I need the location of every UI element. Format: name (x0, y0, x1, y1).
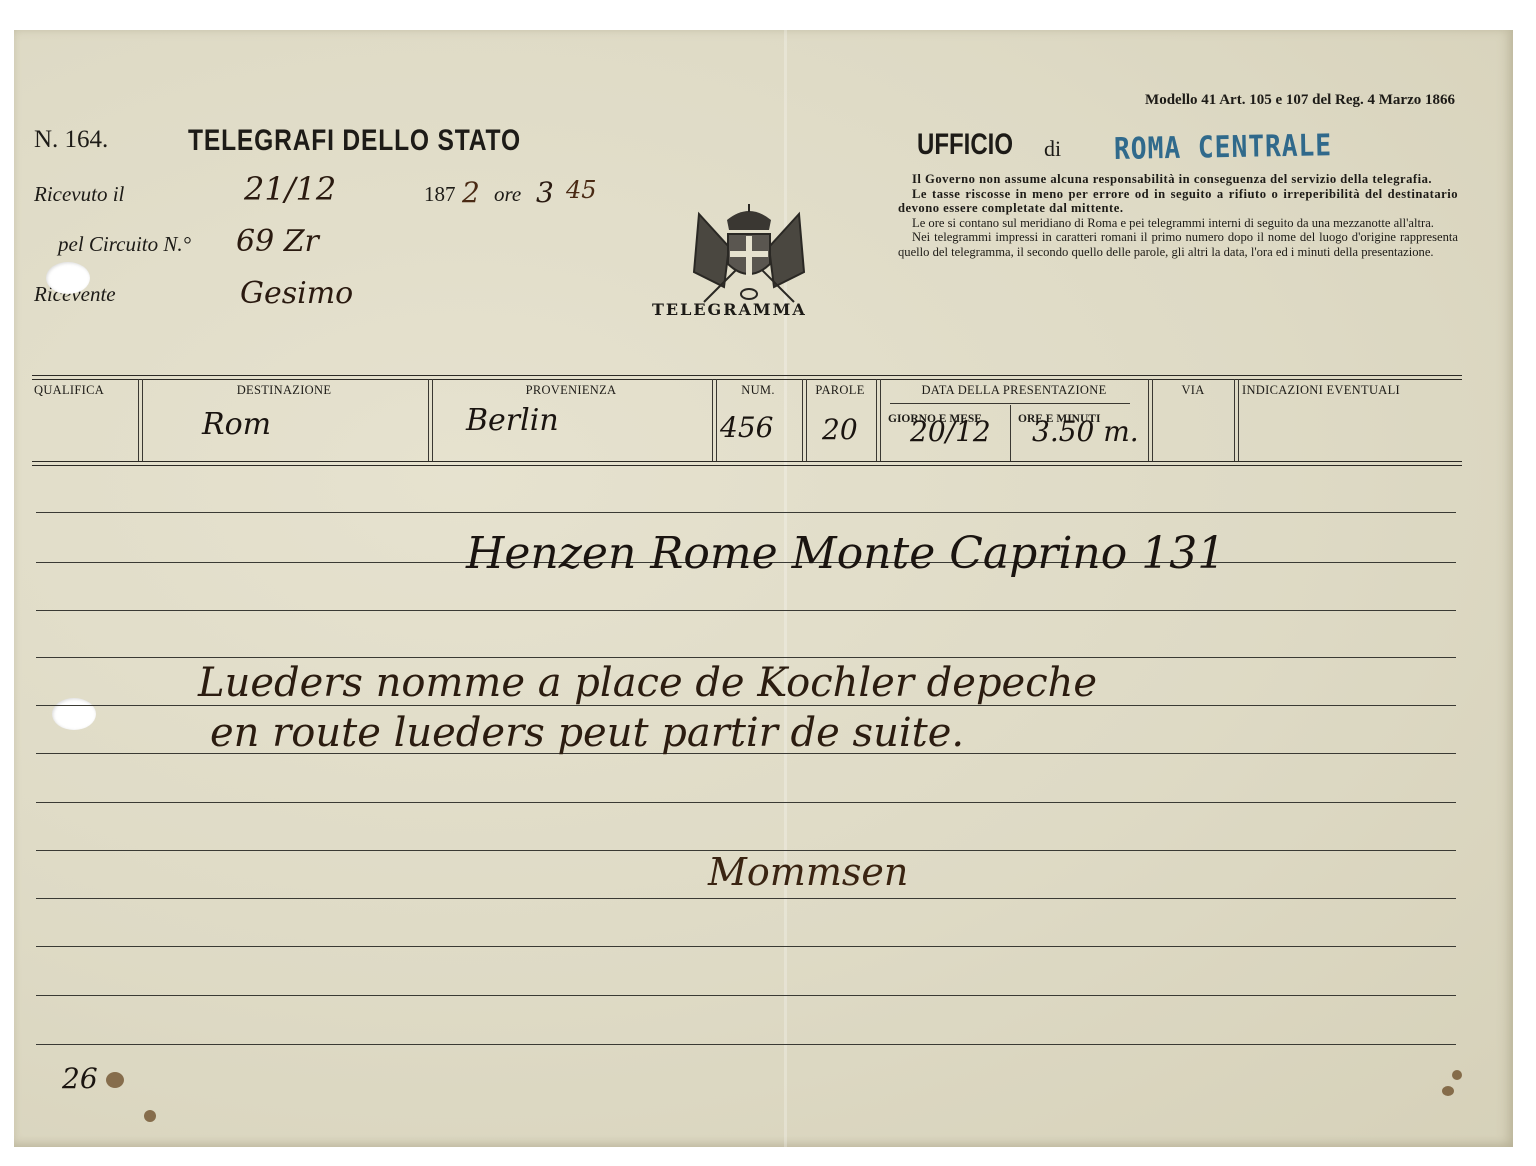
ruled-line (36, 946, 1456, 947)
header-qualifica: QUALIFICA (34, 383, 134, 398)
hour-label: ore (494, 182, 521, 207)
transmission-table: QUALIFICA DESTINAZIONE PROVENIENZA NUM. … (32, 375, 1462, 465)
value-destinazione: Rom (202, 407, 271, 442)
ink-stain (1442, 1086, 1454, 1096)
circuit-value: 69 Zr (236, 224, 319, 259)
value-num: 456 (720, 411, 773, 444)
header-destinazione: DESTINAZIONE (144, 383, 424, 398)
office-label: UFFICIO (917, 128, 1013, 162)
date-subheader-rule (890, 403, 1130, 404)
year-prefix: 187 (424, 182, 456, 207)
ruled-line (36, 610, 1456, 611)
message-line-1: Lueders nomme a place de Kochler depeche (198, 660, 1097, 706)
hour-value: 3 (536, 176, 554, 209)
form-name: TELEGRAMMA (652, 300, 807, 319)
value-parole: 20 (822, 413, 858, 446)
telegram-form: N. 164. TELEGRAFI DELLO STATO Ricevuto i… (14, 30, 1513, 1147)
header-data: DATA DELLA PRESENTAZIONE (884, 383, 1144, 398)
ruled-line (36, 995, 1456, 996)
ruled-line (36, 657, 1456, 658)
notice-hours: Le ore si contano sul meridiano di Roma … (898, 216, 1458, 231)
message-address: Henzen Rome Monte Caprino 131 (466, 528, 1225, 579)
ink-stain (144, 1110, 156, 1122)
ruled-line (36, 512, 1456, 513)
paper-fold (784, 30, 787, 1147)
message-line-2: en route lueders peut partir de suite. (210, 710, 964, 756)
punch-hole-top (46, 262, 90, 294)
notice-fees: Le tasse riscosse in meno per errore od … (898, 187, 1458, 216)
header-indicazioni: INDICAZIONI EVENTUALI (1242, 383, 1462, 398)
model-regulation: Modello 41 Art. 105 e 107 del Reg. 4 Mar… (1145, 92, 1455, 109)
table-top-border (32, 375, 1462, 380)
divider (138, 379, 143, 461)
header-provenienza: PROVENIENZA (434, 383, 708, 398)
notice-numbers: Nei telegrammi impressi in caratteri rom… (898, 230, 1458, 259)
divider (876, 379, 881, 461)
ruled-line (36, 898, 1456, 899)
receiver-signature: Gesimo (240, 276, 353, 311)
year-value: 2 (462, 176, 480, 209)
received-label: Ricevuto il (34, 182, 124, 207)
form-title: TELEGRAFI DELLO STATO (188, 124, 521, 158)
circuit-label: pel Circuito N.° (58, 232, 191, 257)
margin-note: 26 (62, 1062, 98, 1095)
ink-stain (106, 1072, 124, 1088)
received-date: 21/12 (244, 170, 336, 208)
ruled-line (36, 802, 1456, 803)
office-di: di (1044, 136, 1061, 162)
divider (712, 379, 717, 461)
office-stamp: ROMA CENTRALE (1114, 128, 1333, 167)
header-parole: PAROLE (806, 383, 874, 398)
table-bottom-border (32, 461, 1462, 466)
notice-block: Il Governo non assume alcuna responsabil… (898, 172, 1458, 259)
notice-liability: Il Governo non assume alcuna responsabil… (898, 172, 1458, 187)
header-via: VIA (1154, 383, 1232, 398)
ruled-line (36, 1044, 1456, 1045)
minutes-value: 45 (566, 176, 597, 204)
punch-hole-bottom (52, 698, 96, 730)
serial-number: N. 164. (34, 126, 108, 154)
sender-signature: Mommsen (708, 850, 908, 894)
value-provenienza: Berlin (466, 403, 559, 438)
divider (428, 379, 433, 461)
header-num: NUM. (718, 383, 798, 398)
ink-stain (1452, 1070, 1462, 1080)
date-subdivider (1010, 405, 1011, 461)
value-giorno-mese: 20/12 (910, 415, 991, 448)
value-ore-minuti: 3.50 m. (1032, 415, 1139, 448)
divider (1148, 379, 1153, 461)
savoy-coat-of-arms-icon (684, 202, 814, 307)
divider (1234, 379, 1239, 461)
